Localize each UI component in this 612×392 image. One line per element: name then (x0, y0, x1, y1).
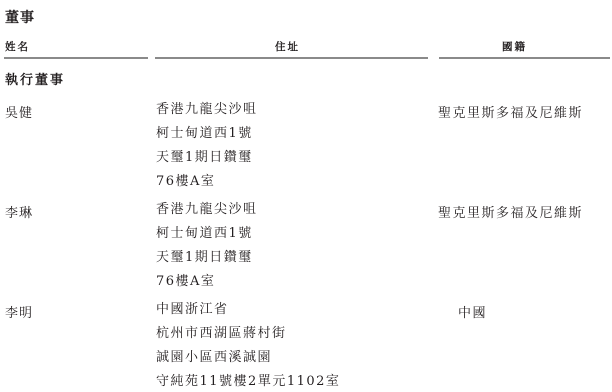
director-name: 吳健 (5, 102, 33, 121)
header-rule-address (155, 57, 428, 59)
address-line: 76樓A室 (156, 170, 258, 194)
director-address: 中國浙江省 杭州市西湖區蔣村街 誠園小區西溪誠園 守純苑11號樓2單元1102室 (156, 298, 340, 392)
header-rule-name (4, 57, 148, 59)
table-header-address: 住址 (275, 39, 300, 54)
address-line: 香港九龍尖沙咀 (156, 98, 258, 122)
director-nationality: 聖克里斯多福及尼維斯 (438, 102, 583, 121)
address-line: 中國浙江省 (156, 298, 340, 322)
address-line: 杭州市西湖區蔣村街 (156, 322, 340, 346)
director-nationality: 中國 (458, 302, 487, 321)
address-line: 守純苑11號樓2單元1102室 (156, 370, 340, 392)
director-name: 李琳 (5, 202, 33, 221)
address-line: 天璽1期日鑽璽 (156, 146, 258, 170)
table-header-name: 姓名 (5, 39, 30, 54)
address-line: 柯士甸道西1號 (156, 122, 258, 146)
director-address: 香港九龍尖沙咀 柯士甸道西1號 天璽1期日鑽璽 76樓A室 (156, 98, 258, 194)
header-rule-nationality (439, 57, 610, 59)
director-address: 香港九龍尖沙咀 柯士甸道西1號 天璽1期日鑽璽 76樓A室 (156, 198, 258, 294)
address-line: 誠園小區西溪誠園 (156, 346, 340, 370)
subheading-executive-directors: 執行董事 (5, 69, 65, 88)
table-header-nationality: 國籍 (502, 39, 527, 54)
director-name: 李明 (5, 302, 33, 321)
director-nationality: 聖克里斯多福及尼維斯 (438, 202, 583, 221)
address-line: 天璽1期日鑽璽 (156, 246, 258, 270)
section-title: 董事 (5, 7, 35, 27)
address-line: 柯士甸道西1號 (156, 222, 258, 246)
address-line: 76樓A室 (156, 270, 258, 294)
address-line: 香港九龍尖沙咀 (156, 198, 258, 222)
